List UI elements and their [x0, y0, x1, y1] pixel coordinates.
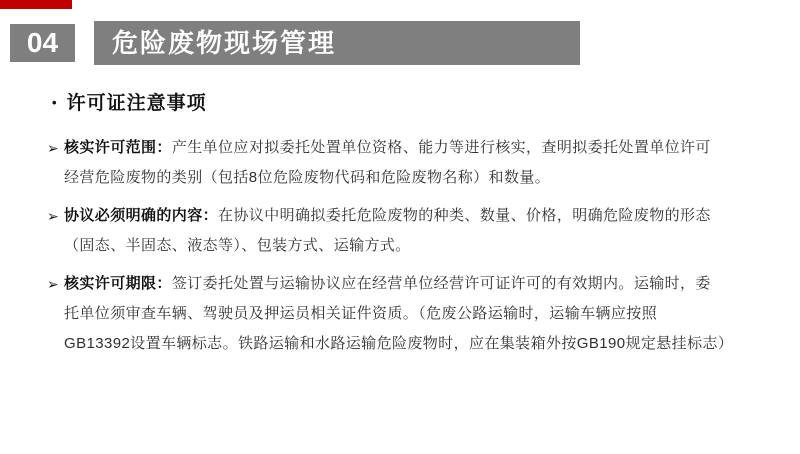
arrow-bullet-icon: ➢	[47, 201, 59, 231]
section-number: 04	[27, 27, 58, 59]
slide-body: •许可证注意事项 ➢ 核实许可范围：产生单位应对拟委托处置单位资格、能力等进行核…	[50, 88, 756, 367]
title-bar: 危险废物现场管理	[94, 21, 580, 65]
list-item-line: 核实许可范围：产生单位应对拟委托处置单位资格、能力等进行核实，查明拟委托处置单位…	[64, 133, 756, 163]
list-item-line: 托单位须审查车辆、驾驶员及押运员相关证件资质。（危废公路运输时，运输车辆应按照	[64, 299, 756, 329]
arrow-bullet-icon: ➢	[47, 269, 59, 299]
bullet-dot-icon: •	[52, 95, 58, 110]
list-item-text: 在协议中明确拟委托危险废物的种类、数量、价格，明确危险废物的形态	[218, 207, 711, 224]
list-item-text: 签订委托处置与运输协议应在经营单位经营许可证许可的有效期内。运输时，委	[172, 275, 711, 292]
list-item-line: 核实许可期限：签订委托处置与运输协议应在经营单位经营许可证许可的有效期内。运输时…	[64, 269, 756, 299]
arrow-bullet-icon: ➢	[47, 133, 59, 163]
list-item-label: 协议必须明确的内容：	[64, 207, 218, 224]
list-item-label: 核实许可期限：	[64, 275, 172, 292]
red-accent-bar	[0, 0, 72, 9]
list-item: ➢ 核实许可范围：产生单位应对拟委托处置单位资格、能力等进行核实，查明拟委托处置…	[50, 133, 756, 193]
section-heading: •许可证注意事项	[50, 88, 756, 119]
list-item-text: 产生单位应对拟委托处置单位资格、能力等进行核实，查明拟委托处置单位许可	[172, 139, 711, 156]
slide-title: 危险废物现场管理	[112, 28, 336, 58]
presentation-slide: 04 危险废物现场管理 •许可证注意事项 ➢ 核实许可范围：产生单位应对拟委托处…	[0, 0, 800, 454]
list-item-label: 核实许可范围：	[64, 139, 172, 156]
list-item: ➢ 协议必须明确的内容：在协议中明确拟委托危险废物的种类、数量、价格，明确危险废…	[50, 201, 756, 261]
list-item: ➢ 核实许可期限：签订委托处置与运输协议应在经营单位经营许可证许可的有效期内。运…	[50, 269, 756, 359]
list-item-line: （固态、半固态、液态等）、包装方式、运输方式。	[64, 231, 756, 261]
section-number-box: 04	[10, 24, 75, 62]
section-heading-text: 许可证注意事项	[67, 93, 207, 114]
list-item-line: 协议必须明确的内容：在协议中明确拟委托危险废物的种类、数量、价格，明确危险废物的…	[64, 201, 756, 231]
list-item-line: 经营危险废物的类别（包括8位危险废物代码和危险废物名称）和数量。	[64, 163, 756, 193]
list-item-line: GB13392设置车辆标志。铁路运输和水路运输危险废物时，应在集装箱外按GB19…	[64, 329, 756, 359]
